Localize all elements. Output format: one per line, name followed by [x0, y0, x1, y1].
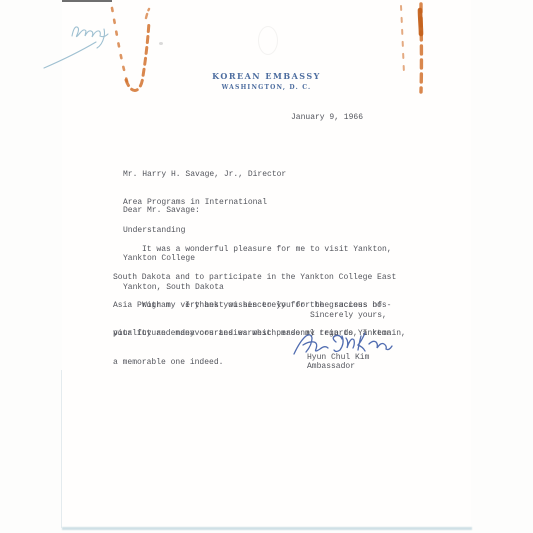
signature-typed-name: Hyun Chul Kim — [307, 353, 369, 362]
scan-artifact — [62, 0, 112, 2]
body-line: It was a wonderful pleasure for me to vi… — [113, 245, 396, 254]
recipient-line: Mr. Harry H. Savage, Jr., Director — [123, 170, 286, 179]
dust-speck — [159, 42, 163, 45]
closing: Sincerely yours, — [310, 311, 387, 320]
signature-title: Ambassador — [307, 362, 355, 371]
body-line: your future endeavors and warmest person… — [113, 329, 406, 338]
paper-bottom-edge — [62, 527, 472, 530]
date-line: January 9, 1966 — [291, 113, 363, 122]
letterhead-location: WASHINGTON, D. C. — [62, 84, 471, 91]
paper-left-edge — [61, 370, 62, 528]
letterhead-org: KOREAN EMBASSY — [62, 71, 471, 81]
letterhead: KOREAN EMBASSY WASHINGTON, D. C. — [62, 71, 471, 91]
embossed-seal — [258, 26, 278, 55]
salutation: Dear Mr. Savage: — [123, 206, 200, 215]
scanned-letter: KOREAN EMBASSY WASHINGTON, D. C. January… — [0, 0, 533, 533]
body-line: With my very best wishes to you for the … — [113, 301, 406, 310]
